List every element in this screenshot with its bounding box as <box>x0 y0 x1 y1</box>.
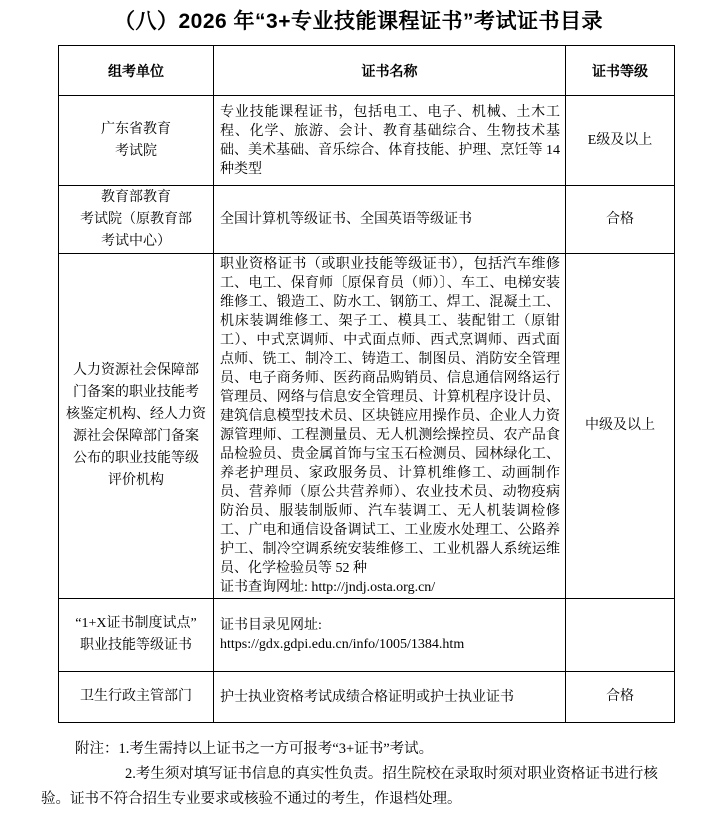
cell-unit-hr-social-security-agencies: 人力资源社会保障部 门备案的职业技能考 核鉴定机构、经人力资 源社会保障部门备案… <box>59 254 214 599</box>
header-certificate-level: 证书等级 <box>566 46 675 96</box>
cell-name-nurse-license-certificate: 护士执业资格考试成绩合格证明或护士执业证书 <box>214 672 566 723</box>
cell-level-empty <box>566 599 675 672</box>
cell-unit-moe-exam-institute: 教育部教育 考试院（原教育部 考试中心） <box>59 186 214 254</box>
cell-level-pass: 合格 <box>566 672 675 723</box>
footnote-2: 2.考生须对填写证书信息的真实性负责。招生院校在录取时须对职业资格证书进行核验。… <box>41 762 677 812</box>
page-title: （八）2026 年“3+专业技能课程证书”考试证书目录 <box>0 8 717 36</box>
cell-level-grade-e-or-above: E级及以上 <box>566 96 675 186</box>
cell-name-vocational-qualification-certificates: 职业资格证书（或职业技能等级证书），包括汽车维修工、电工、保育师〔原保育员（师）… <box>214 254 566 599</box>
footnotes: 附注：1.考生需持以上证书之一方可报考“3+证书”考试。 2.考生须对填写证书信… <box>41 737 677 812</box>
table-row: 广东省教育 考试院 专业技能课程证书，包括电工、电子、机械、土木工程、化学、旅游… <box>59 96 675 186</box>
footnote-1: 附注：1.考生需持以上证书之一方可报考“3+证书”考试。 <box>41 737 677 762</box>
cell-name-ncre-pets-certificates: 全国计算机等级证书、全国英语等级证书 <box>214 186 566 254</box>
cell-name-skill-course-certificate: 专业技能课程证书，包括电工、电子、机械、土木工程、化学、旅游、会计、教育基础综合… <box>214 96 566 186</box>
cell-unit-health-administration: 卫生行政主管部门 <box>59 672 214 723</box>
cell-level-intermediate-or-above: 中级及以上 <box>566 254 675 599</box>
certificate-table: 组考单位 证书名称 证书等级 广东省教育 考试院 专业技能课程证书，包括电工、电… <box>58 45 675 723</box>
cell-level-pass: 合格 <box>566 186 675 254</box>
table-row: 人力资源社会保障部 门备案的职业技能考 核鉴定机构、经人力资 源社会保障部门备案… <box>59 254 675 599</box>
cell-unit-guangdong-exam-authority: 广东省教育 考试院 <box>59 96 214 186</box>
header-certificate-name: 证书名称 <box>214 46 566 96</box>
cell-name-1x-catalog-url: 证书目录见网址: https://gdx.gdpi.edu.cn/info/10… <box>214 599 566 672</box>
cell-unit-1x-pilot-certificate: “1+X证书制度试点” 职业技能等级证书 <box>59 599 214 672</box>
table-row: 教育部教育 考试院（原教育部 考试中心） 全国计算机等级证书、全国英语等级证书 … <box>59 186 675 254</box>
table-row: “1+X证书制度试点” 职业技能等级证书 证书目录见网址: https://gd… <box>59 599 675 672</box>
header-organizing-unit: 组考单位 <box>59 46 214 96</box>
table-row: 卫生行政主管部门 护士执业资格考试成绩合格证明或护士执业证书 合格 <box>59 672 675 723</box>
table-header-row: 组考单位 证书名称 证书等级 <box>59 46 675 96</box>
